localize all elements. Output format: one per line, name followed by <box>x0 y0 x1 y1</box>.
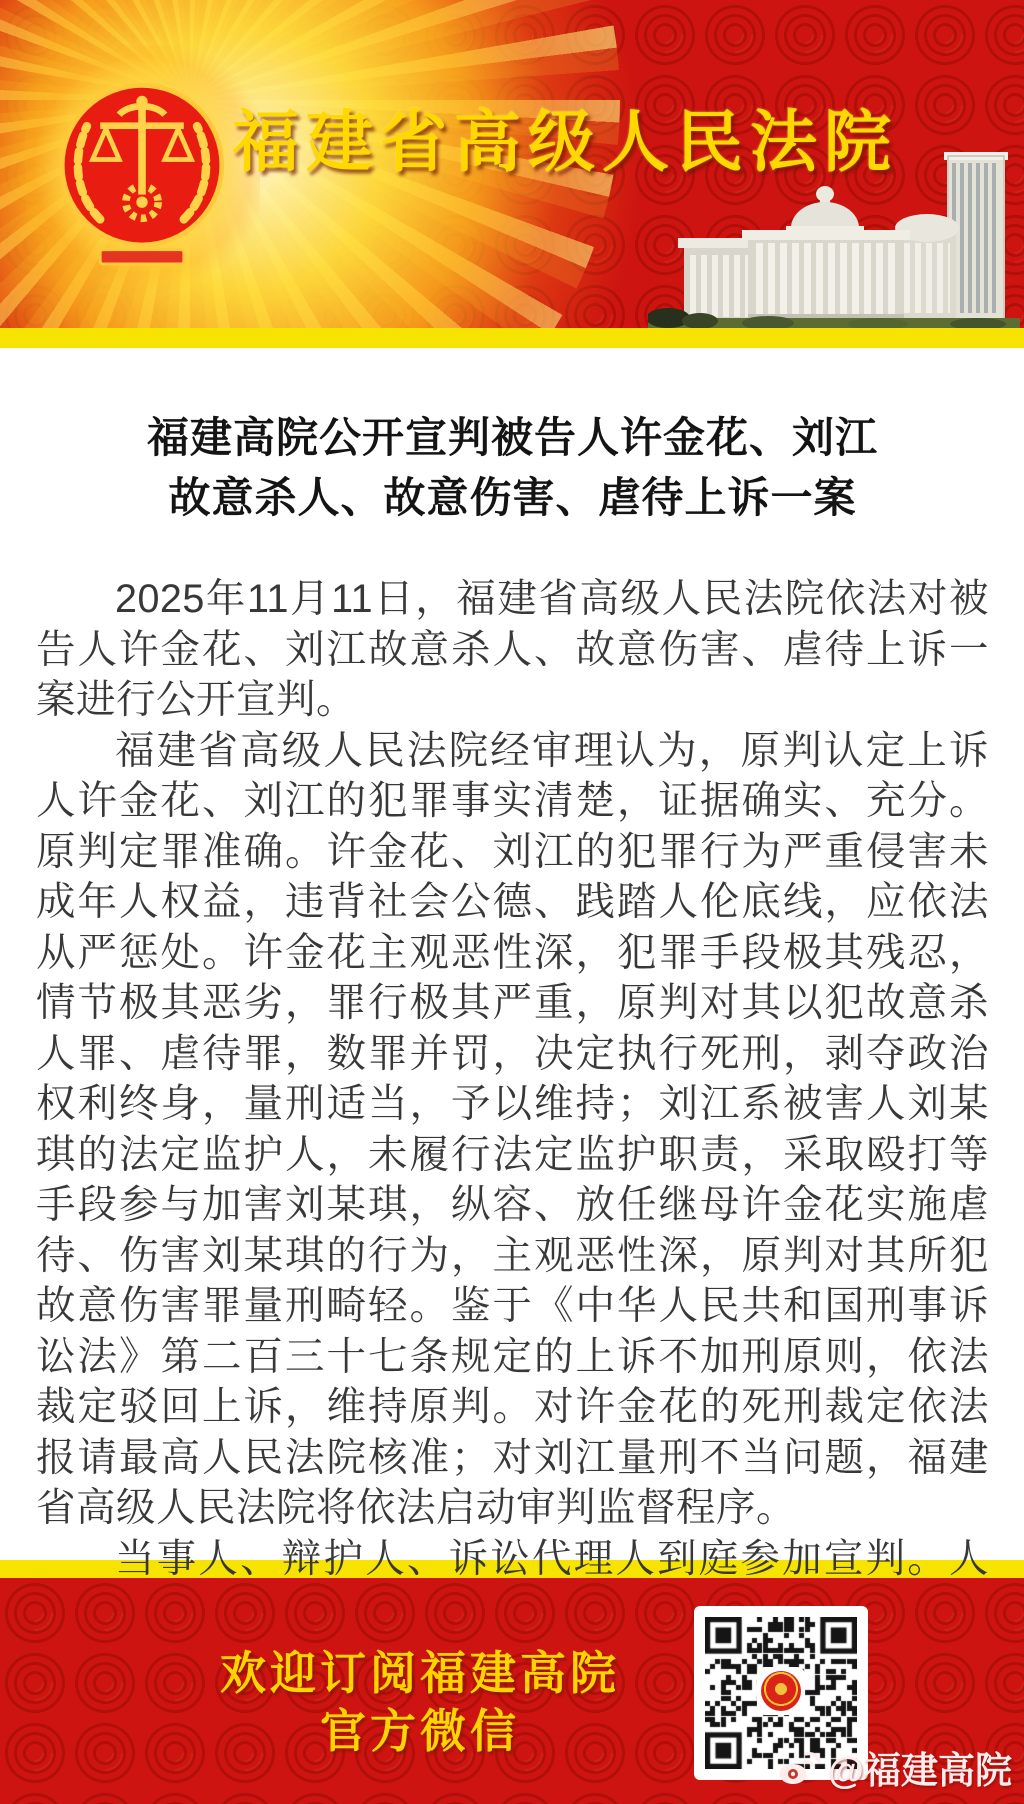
subscribe-line-1: 欢迎订阅福建高院 <box>110 1644 730 1702</box>
weibo-watermark: @福建高院 <box>778 1740 1012 1794</box>
wechat-subscribe-text: 欢迎订阅福建高院 官方微信 <box>110 1644 730 1760</box>
courthouse-image <box>648 128 1020 328</box>
paragraph-court-findings: 福建省高级人民法院经审理认为，原判认定上诉人许金花、刘江的犯罪事实清楚，证据确实… <box>36 726 989 1534</box>
weibo-icon <box>778 1749 820 1785</box>
qr-center-emblem-icon <box>757 1667 805 1715</box>
footer-banner: 欢迎订阅福建高院 官方微信 @福建高院 <box>0 1578 1024 1804</box>
court-announcement-poster: 福建省高级人民法院 <box>0 0 1024 1804</box>
subscribe-line-2: 官方微信 <box>110 1702 730 1760</box>
header-banner: 福建省高级人民法院 <box>0 0 1024 328</box>
weibo-handle: @福建高院 <box>828 1740 1012 1794</box>
yellow-divider-top <box>0 328 1024 348</box>
announcement-title: 福建高院公开宣判被告人许金花、刘江 故意杀人、故意伤害、虐待上诉一案 <box>36 408 989 528</box>
court-emblem-svg <box>47 63 237 273</box>
title-line-1: 福建高院公开宣判被告人许金花、刘江 <box>147 414 878 461</box>
paragraph-date-verdict: 2025年11月11日，福建省高级人民法院依法对被告人许金花、刘江故意杀人、故意… <box>36 574 989 726</box>
title-line-2: 故意杀人、故意伤害、虐待上诉一案 <box>168 474 856 521</box>
announcement-content: 福建高院公开宣判被告人许金花、刘江 故意杀人、故意伤害、虐待上诉一案 2025年… <box>0 348 1024 1560</box>
